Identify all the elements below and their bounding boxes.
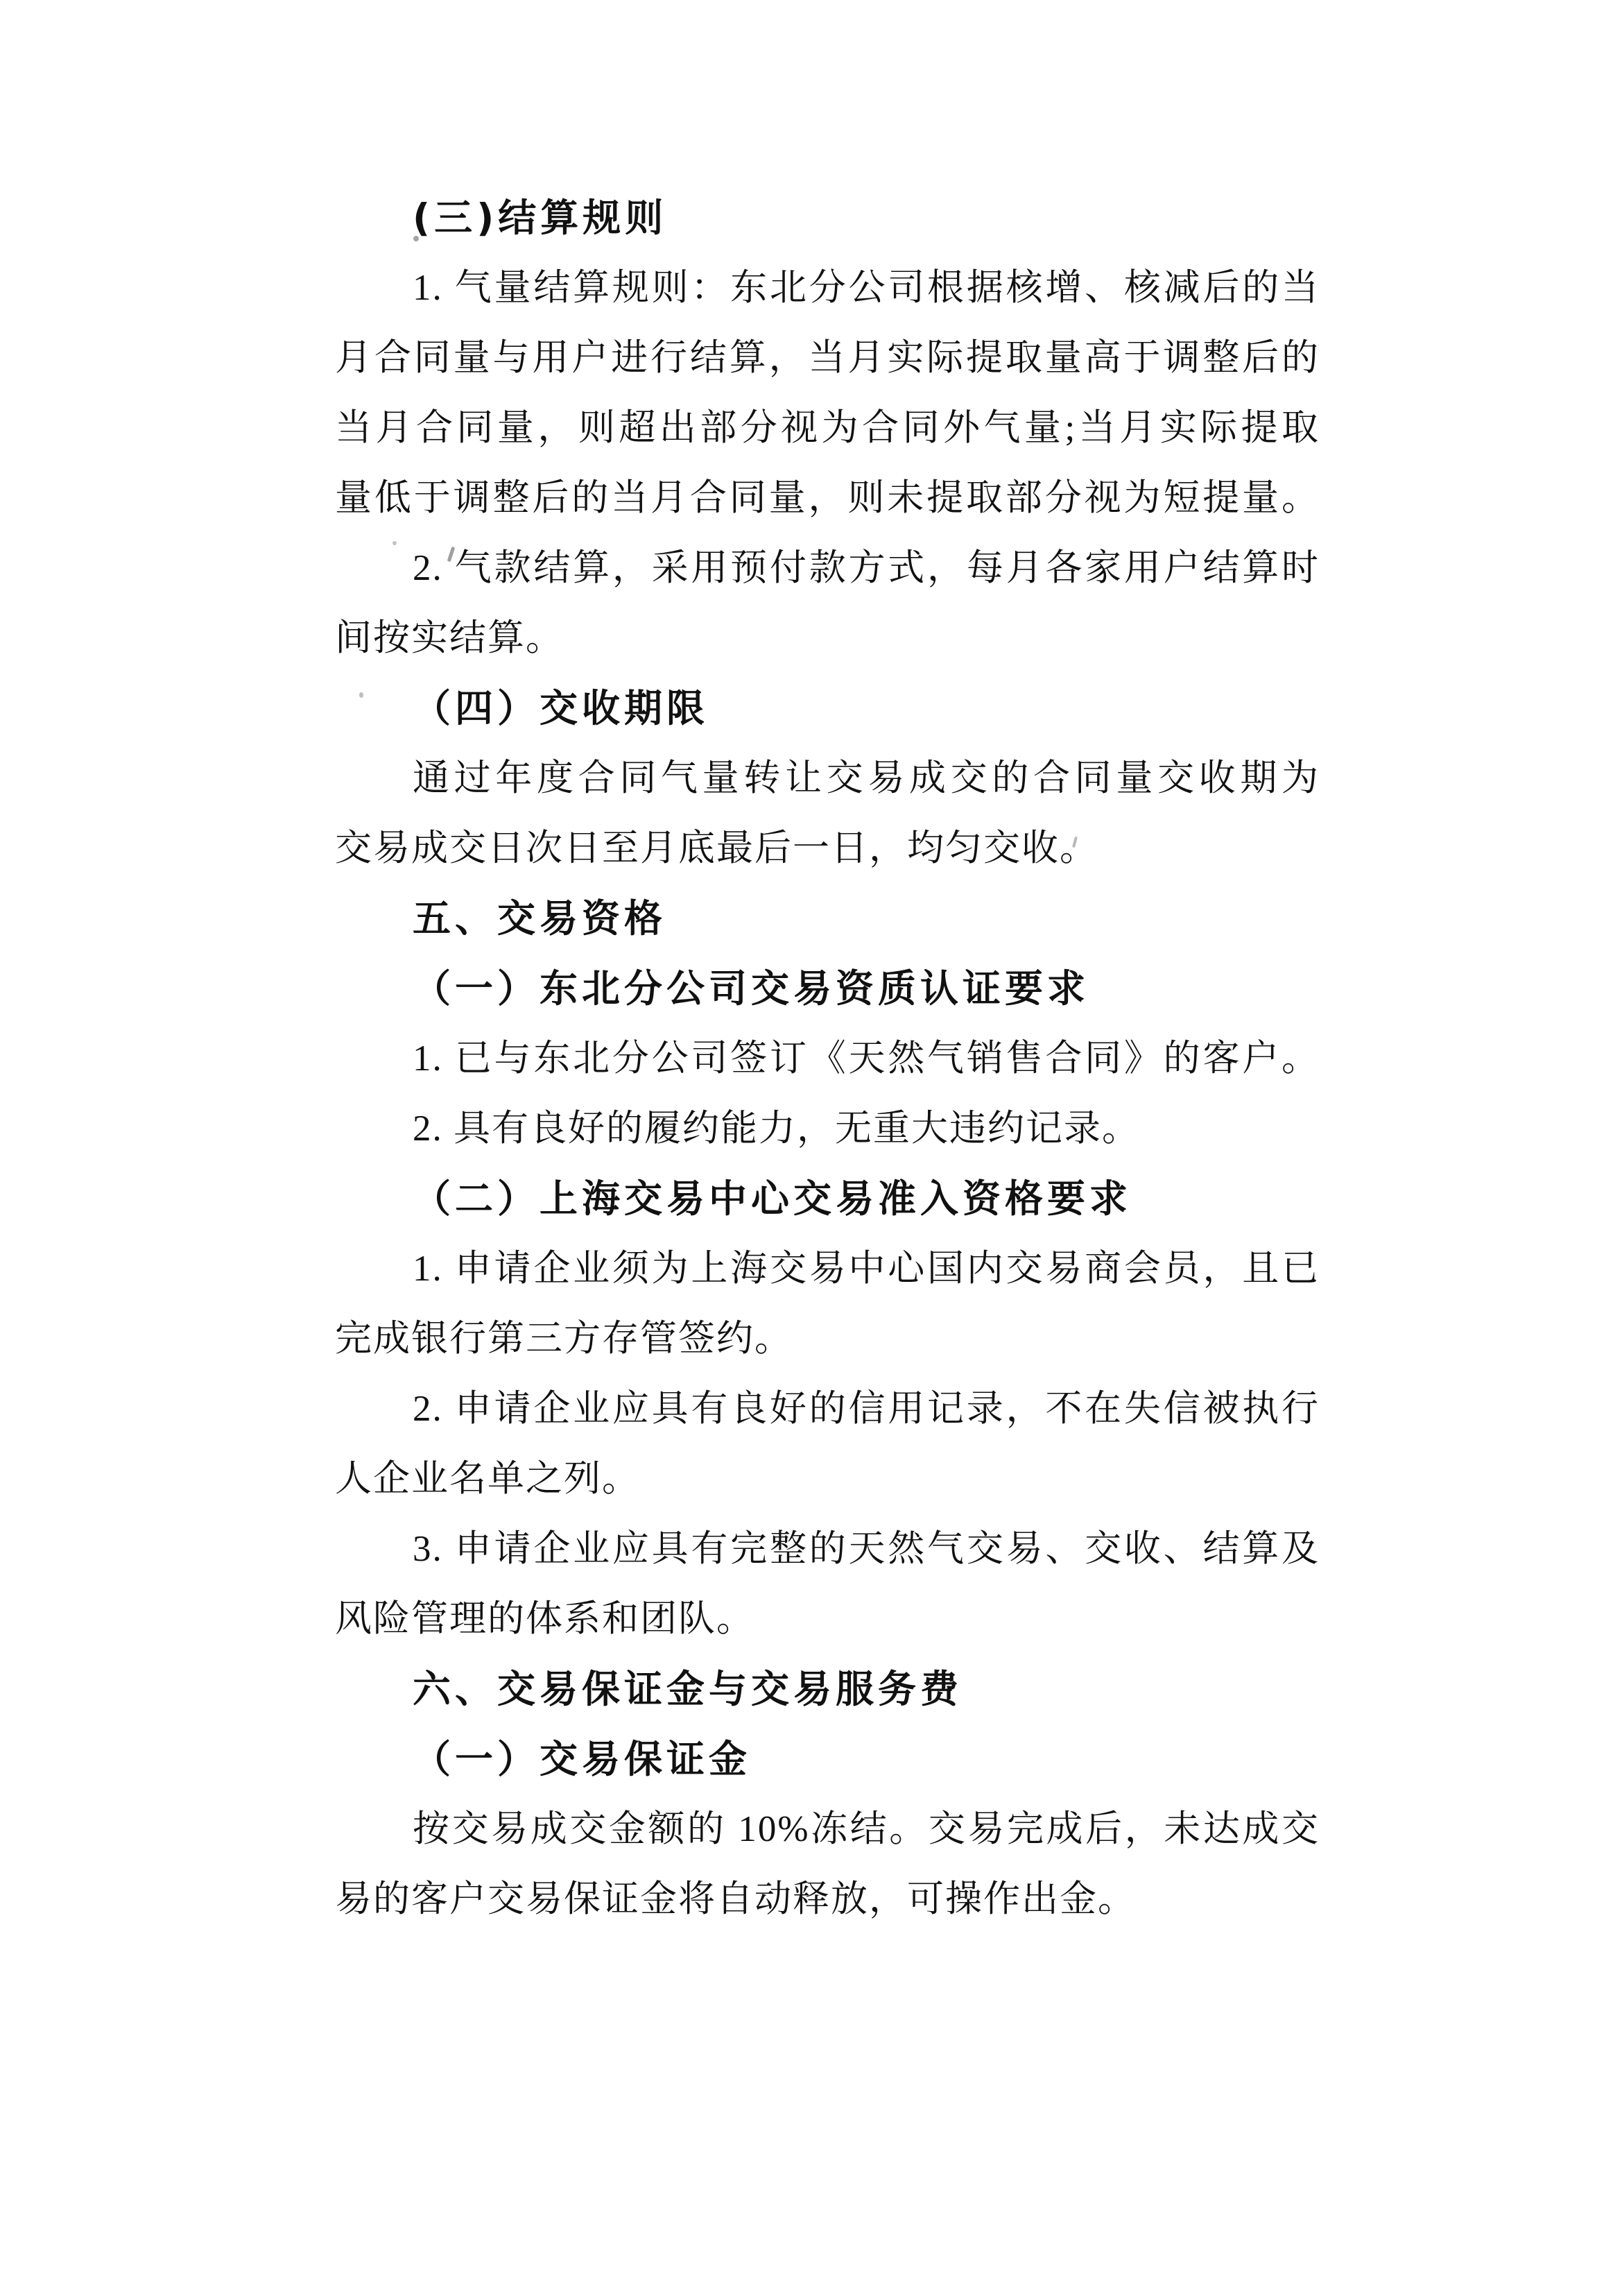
- text-line: 2. 具有良好的履约能力，无重大违约记录。: [335, 1094, 1320, 1164]
- scan-speck: [392, 541, 397, 545]
- text-line: 2. 气款结算，采用预付款方式，每月各家用户结算时: [335, 533, 1320, 603]
- section-heading: （一）交易保证金: [335, 1724, 1320, 1794]
- section-heading: （二）上海交易中心交易准入资格要求: [335, 1164, 1320, 1234]
- document-lines: (三)结算规则1. 气量结算规则：东北分公司根据核增、核减后的当月合同量与用户进…: [335, 183, 1320, 1935]
- scanned-document-page: (三)结算规则1. 气量结算规则：东北分公司根据核增、核减后的当月合同量与用户进…: [0, 0, 1622, 2296]
- text-line: 间按实结算。: [335, 603, 1320, 674]
- text-line: 2. 申请企业应具有良好的信用记录，不在失信被执行: [335, 1374, 1320, 1444]
- scan-speck: [359, 692, 363, 698]
- text-line: 月合同量与用户进行结算，当月实际提取量高于调整后的: [335, 323, 1320, 393]
- section-heading: (三)结算规则: [335, 183, 1320, 253]
- text-line: 量低于调整后的当月合同量，则未提取部分视为短提量。: [335, 463, 1320, 533]
- text-line: 交易成交日次日至月底最后一日，均匀交收。: [335, 814, 1320, 884]
- text-line: 完成银行第三方存管签约。: [335, 1304, 1320, 1374]
- scan-speck: [413, 236, 419, 241]
- text-line: 3. 申请企业应具有完整的天然气交易、交收、结算及: [335, 1514, 1320, 1584]
- text-line: 人企业名单之列。: [335, 1444, 1320, 1514]
- section-heading: （一）东北分公司交易资质认证要求: [335, 954, 1320, 1024]
- text-line: 风险管理的体系和团队。: [335, 1584, 1320, 1654]
- section-heading: 五、交易资格: [335, 884, 1320, 954]
- text-line: 1. 申请企业须为上海交易中心国内交易商会员，且已: [335, 1234, 1320, 1304]
- text-line: 1. 气量结算规则：东北分公司根据核增、核减后的当: [335, 253, 1320, 323]
- section-heading: 六、交易保证金与交易服务费: [335, 1654, 1320, 1724]
- text-line: 1. 已与东北分公司签订《天然气销售合同》的客户。: [335, 1024, 1320, 1094]
- text-line: 当月合同量，则超出部分视为合同外气量;当月实际提取: [335, 393, 1320, 463]
- text-line: 按交易成交金额的 10%冻结。交易完成后，未达成交: [335, 1794, 1320, 1865]
- text-line: 通过年度合同气量转让交易成交的合同量交收期为: [335, 744, 1320, 814]
- section-heading: （四）交收期限: [335, 674, 1320, 744]
- text-line: 易的客户交易保证金将自动释放，可操作出金。: [335, 1865, 1320, 1935]
